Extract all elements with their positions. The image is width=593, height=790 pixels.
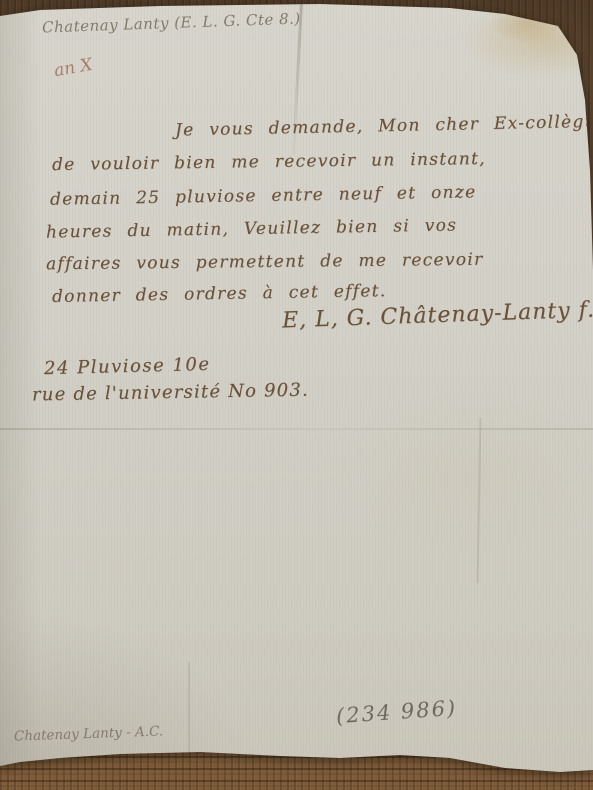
paper-crease-vertical [477,418,482,583]
letter-paper-shadow: Chatenay Lanty (E. L. G. Cte 8.) an X Je… [0,0,593,790]
address-line: rue de l'université No 903. [32,380,309,406]
letter-line-6: donner des ordres à cet effet. [52,281,387,307]
signature: E, L, G. Châtenay-Lanty f. [282,298,593,334]
paper-crease-bottom [188,662,190,762]
letter-line-3: demain 25 pluviose entre neuf et onze [50,182,477,209]
letter-line-1: Je vous demande, Mon cher Ex-collègue, [175,111,593,140]
archival-note-year: an X [53,55,94,81]
paper-crease-middle [0,428,593,430]
date-line: 24 Pluviose 10e [44,354,211,379]
letter-line-5: affaires vous permettent de me recevoir [46,250,484,275]
letter-line-2: de vouloir bien me recevoir un instant, [52,149,486,175]
paper-crease-corner [525,5,586,46]
archival-number-bottom-right: (234 986) [335,696,458,728]
letter-paper: Chatenay Lanty (E. L. G. Cte 8.) an X Je… [0,0,593,790]
archival-note-bottom-left: Chatenay Lanty - A.C. [14,723,164,744]
archival-note-top: Chatenay Lanty (E. L. G. Cte 8.) [42,9,301,36]
letter-line-4: heures du matin, Veuillez bien si vos [46,215,458,242]
photo-of-letter: Chatenay Lanty (E. L. G. Cte 8.) an X Je… [0,0,593,790]
